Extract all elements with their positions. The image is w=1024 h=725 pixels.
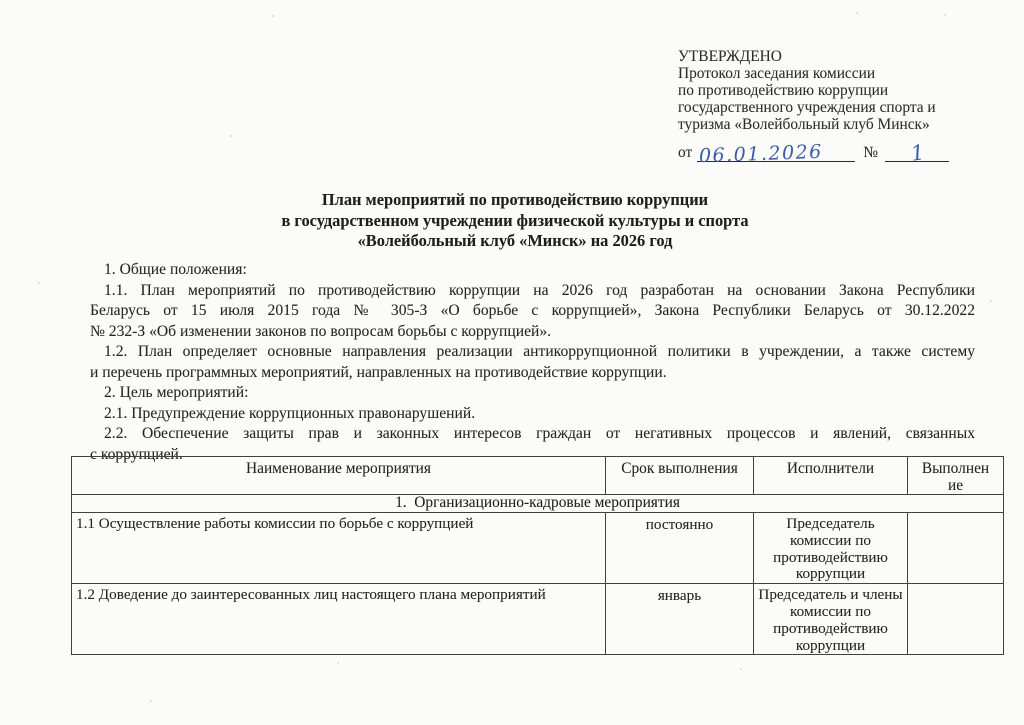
approval-line: Протокол заседания комиссии (678, 66, 1018, 83)
col-header-activity: Наименование мероприятия (72, 457, 606, 495)
section-title: 1. Организационно-кадровые мероприятия (72, 495, 1004, 513)
col-header-status: Выполнен ие (908, 457, 1004, 495)
activity-name-cell: 1.1 Осуществление работы комиссии по бор… (72, 513, 606, 584)
deadline-cell: постоянно (606, 513, 754, 584)
title-line: План мероприятий по противодействию корр… (10, 190, 1020, 211)
title-line: в государственном учреждении физической … (10, 211, 1020, 232)
section-header-row: 1. Организационно-кадровые мероприятия (72, 495, 1004, 513)
table-header-row: Наименование мероприятия Срок выполнения… (72, 457, 1004, 495)
col-header-executors: Исполнители (754, 457, 908, 495)
handwritten-date: 06.01.2026 (699, 143, 823, 164)
scan-speckle (230, 135, 232, 137)
scan-speckle (337, 662, 339, 664)
document-title: План мероприятий по противодействию корр… (10, 190, 1020, 252)
approval-line: туризма «Волейбольный клуб Минск» (678, 117, 1018, 134)
body-line: Беларусь от 15 июля 2015 года № 305-З «О… (90, 301, 975, 322)
scan-speckle (990, 300, 992, 302)
col-header-deadline: Срок выполнения (606, 457, 754, 495)
scan-speckle (150, 700, 152, 702)
table-row: 1.2 Доведение до заинтересованных лиц на… (72, 584, 1004, 655)
table-row: 1.1 Осуществление работы комиссии по бор… (72, 513, 1004, 584)
scan-speckle (944, 14, 946, 16)
body-line: № 232-З «Об изменении законов по вопроса… (90, 322, 975, 343)
approval-line: по противодействию коррупции (678, 83, 1018, 100)
from-label: от (678, 145, 692, 162)
number-label: № (863, 145, 878, 162)
document-page: УТВЕРЖДЕНО Протокол заседания комиссии п… (0, 0, 1024, 725)
handwritten-number: 1 (910, 144, 926, 163)
title-line: «Волейбольный клуб «Минск» на 2026 год (10, 231, 1020, 252)
body-line: 2.2. Обеспечение защиты прав и законных … (90, 424, 975, 445)
executors-cell: Председатель и члены комиссии по противо… (754, 584, 908, 655)
approval-line: государственного учреждения спорта и (678, 100, 1018, 117)
body-text: 1. Общие положения:1.1. План мероприятий… (90, 260, 975, 465)
approval-stamp: УТВЕРЖДЕНО Протокол заседания комиссии п… (678, 49, 1018, 162)
approval-line: УТВЕРЖДЕНО (678, 49, 1018, 66)
date-blank-line: 06.01.2026 (697, 139, 855, 162)
number-blank-line: 1 (885, 139, 949, 162)
status-cell (908, 513, 1004, 584)
plan-table: Наименование мероприятия Срок выполнения… (71, 456, 1004, 655)
body-line: 1.1. План мероприятий по противодействию… (90, 281, 975, 302)
body-line: 1. Общие положения: (90, 260, 975, 281)
scan-speckle (38, 282, 40, 284)
body-line: 2.1. Предупреждение коррупционных правон… (90, 404, 975, 425)
body-line: и перечень программных мероприятий, напр… (90, 363, 975, 384)
activity-name-cell: 1.2 Доведение до заинтересованных лиц на… (72, 584, 606, 655)
status-cell (908, 584, 1004, 655)
plan-table-body: 1.1 Осуществление работы комиссии по бор… (72, 513, 1004, 655)
scan-speckle (272, 15, 274, 17)
executors-cell: Председатель комиссии по противодействию… (754, 513, 908, 584)
scan-speckle (856, 12, 858, 14)
body-line: 2. Цель мероприятий: (90, 383, 975, 404)
body-line: 1.2. План определяет основные направлени… (90, 342, 975, 363)
approval-date-row: от 06.01.2026 № 1 (678, 139, 1018, 162)
scan-speckle (740, 668, 742, 670)
deadline-cell: январь (606, 584, 754, 655)
